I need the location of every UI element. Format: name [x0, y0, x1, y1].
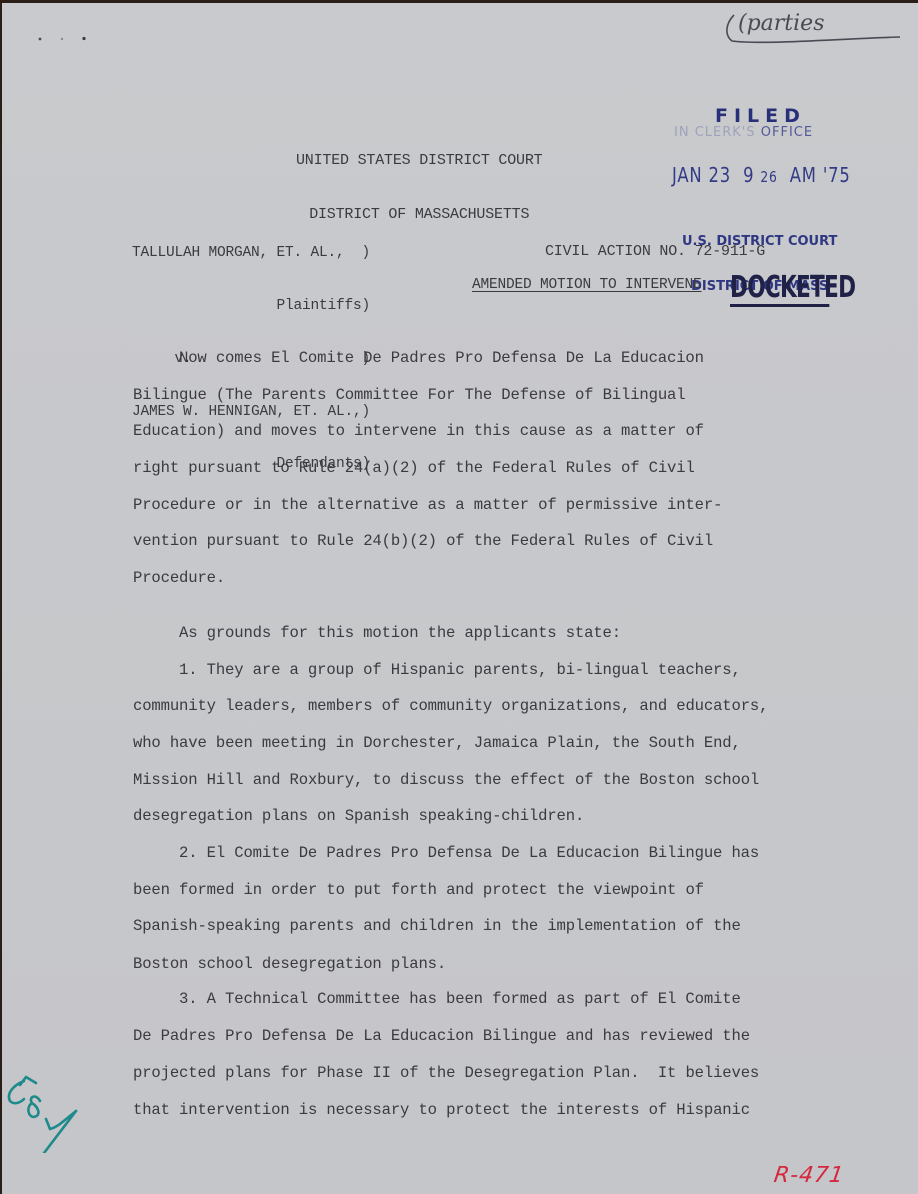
- body-line: Procedure.: [133, 569, 225, 587]
- body-line: who have been meeting in Dorchester, Jam…: [133, 734, 741, 752]
- body-line: Boston school desegregation plans.: [133, 955, 446, 973]
- stamp-ampm-year: AM '75: [790, 163, 851, 187]
- handwritten-reference-code: R-471: [772, 1163, 846, 1188]
- clerks-office-text: OFFICE: [761, 125, 813, 140]
- clerks-office-faint-text: IN CLERK'S: [674, 125, 756, 140]
- body-line: right pursuant to Rule 24(a)(2) of the F…: [133, 459, 695, 477]
- body-line: that intervention is necessary to protec…: [133, 1101, 750, 1119]
- motion-title: AMENDED MOTION TO INTERVENE: [472, 277, 702, 293]
- body-line: 1. They are a group of Hispanic parents,…: [179, 661, 741, 679]
- docketed-stamp: DOCKETED: [730, 273, 829, 307]
- body-line: Bilingue (The Parents Committee For The …: [133, 386, 685, 404]
- document-page: (parties UNITED STATES DISTRICT COURT DI…: [2, 3, 918, 1194]
- handwritten-parties-text: (parties: [738, 11, 825, 36]
- body-line: Education) and moves to intervene in thi…: [133, 422, 704, 440]
- caption-plaintiff: TALLULAH MORGAN, ET. AL., ): [132, 245, 370, 263]
- handwritten-page-number: 584: [2, 1063, 92, 1153]
- caption-defendant: JAMES W. HENNIGAN, ET. AL.,): [132, 404, 370, 422]
- stamp-minute: 26: [760, 168, 777, 186]
- body-line: been formed in order to put forth and pr…: [133, 881, 704, 899]
- body-line: vention pursuant to Rule 24(b)(2) of the…: [133, 532, 713, 550]
- teal-584-mark-icon: [2, 1063, 92, 1153]
- paper-specks: [36, 35, 96, 43]
- court-name: UNITED STATES DISTRICT COURT: [296, 152, 542, 170]
- civil-action-number: CIVIL ACTION NO. 72-911-G: [545, 243, 765, 260]
- body-line: 3. A Technical Committee has been formed…: [179, 990, 741, 1008]
- body-line: Procedure or in the alternative as a mat…: [133, 496, 722, 514]
- body-line: community leaders, members of community …: [133, 697, 768, 715]
- grounds-intro: As grounds for this motion the applicant…: [179, 624, 621, 642]
- body-line: desegregation plans on Spanish speaking-…: [133, 807, 584, 825]
- stamp-month-day: JAN 23: [672, 163, 731, 187]
- body-line: Spanish-speaking parents and children in…: [133, 917, 741, 935]
- body-line: Now comes El Comite De Padres Pro Defens…: [179, 349, 704, 367]
- filed-date-stamp: JAN 23 9 26 AM '75: [672, 163, 851, 187]
- body-line: Mission Hill and Roxbury, to discuss the…: [133, 771, 759, 789]
- clerks-office-stamp: IN CLERK'S OFFICE: [674, 125, 813, 140]
- body-line: De Padres Pro Defensa De La Educacion Bi…: [133, 1027, 750, 1045]
- body-line: 2. El Comite De Padres Pro Defensa De La…: [179, 844, 759, 862]
- stamp-hour: 9: [743, 163, 754, 187]
- caption-plaintiffs-label: Plaintiffs): [132, 298, 370, 316]
- filed-stamp: FILED: [715, 105, 806, 127]
- body-line: projected plans for Phase II of the Dese…: [133, 1064, 759, 1082]
- handwritten-parties-note: (parties: [724, 9, 902, 49]
